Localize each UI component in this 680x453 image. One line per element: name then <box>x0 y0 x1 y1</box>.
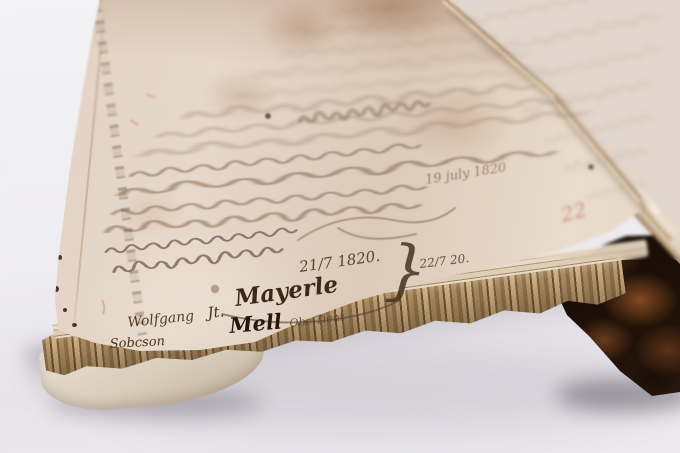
signature-bold-text: Mell <box>227 308 283 338</box>
legible-handwriting: 19 july 1820 21/7 1820. } 22/7 20. 22 Wo… <box>109 160 588 352</box>
handwriting-line <box>544 113 654 143</box>
red-chalk-marks <box>102 94 156 314</box>
name-wolfgang-text: Wolfgang <box>127 308 195 331</box>
handwriting-line <box>235 65 548 99</box>
handwriting-line <box>584 179 648 201</box>
photo-scene: 19 july 1820 21/7 1820. } 22/7 20. 22 Wo… <box>0 0 680 453</box>
entry-date-text: 21/7 1820. <box>297 247 381 276</box>
handwriting-line <box>564 147 647 173</box>
handwriting-line <box>504 46 660 85</box>
signature-flourish-text: Mayerle <box>232 271 340 312</box>
handwriting-main-page <box>105 0 586 323</box>
handwriting-line <box>281 33 496 58</box>
ink-speck <box>589 165 594 170</box>
handwriting-line <box>522 80 652 115</box>
ink-specks <box>102 94 593 314</box>
signature-suffix-text: Obe Tient <box>289 310 346 330</box>
red-chalk-number: 22 <box>557 197 588 227</box>
handwriting-line <box>113 246 283 274</box>
handwriting-line <box>130 143 420 178</box>
handwriting-layer: 19 july 1820 21/7 1820. } 22/7 20. 22 Wo… <box>0 0 680 453</box>
name-initials-text: Jt. <box>204 302 226 322</box>
handwriting-line <box>466 0 650 25</box>
handwriting-line <box>327 0 438 16</box>
ink-speck <box>265 113 271 119</box>
handwriting-line <box>305 15 471 37</box>
ink-blot <box>211 285 219 293</box>
handwriting-line <box>486 13 659 56</box>
bottom-name-text: Sobcson <box>109 334 165 352</box>
